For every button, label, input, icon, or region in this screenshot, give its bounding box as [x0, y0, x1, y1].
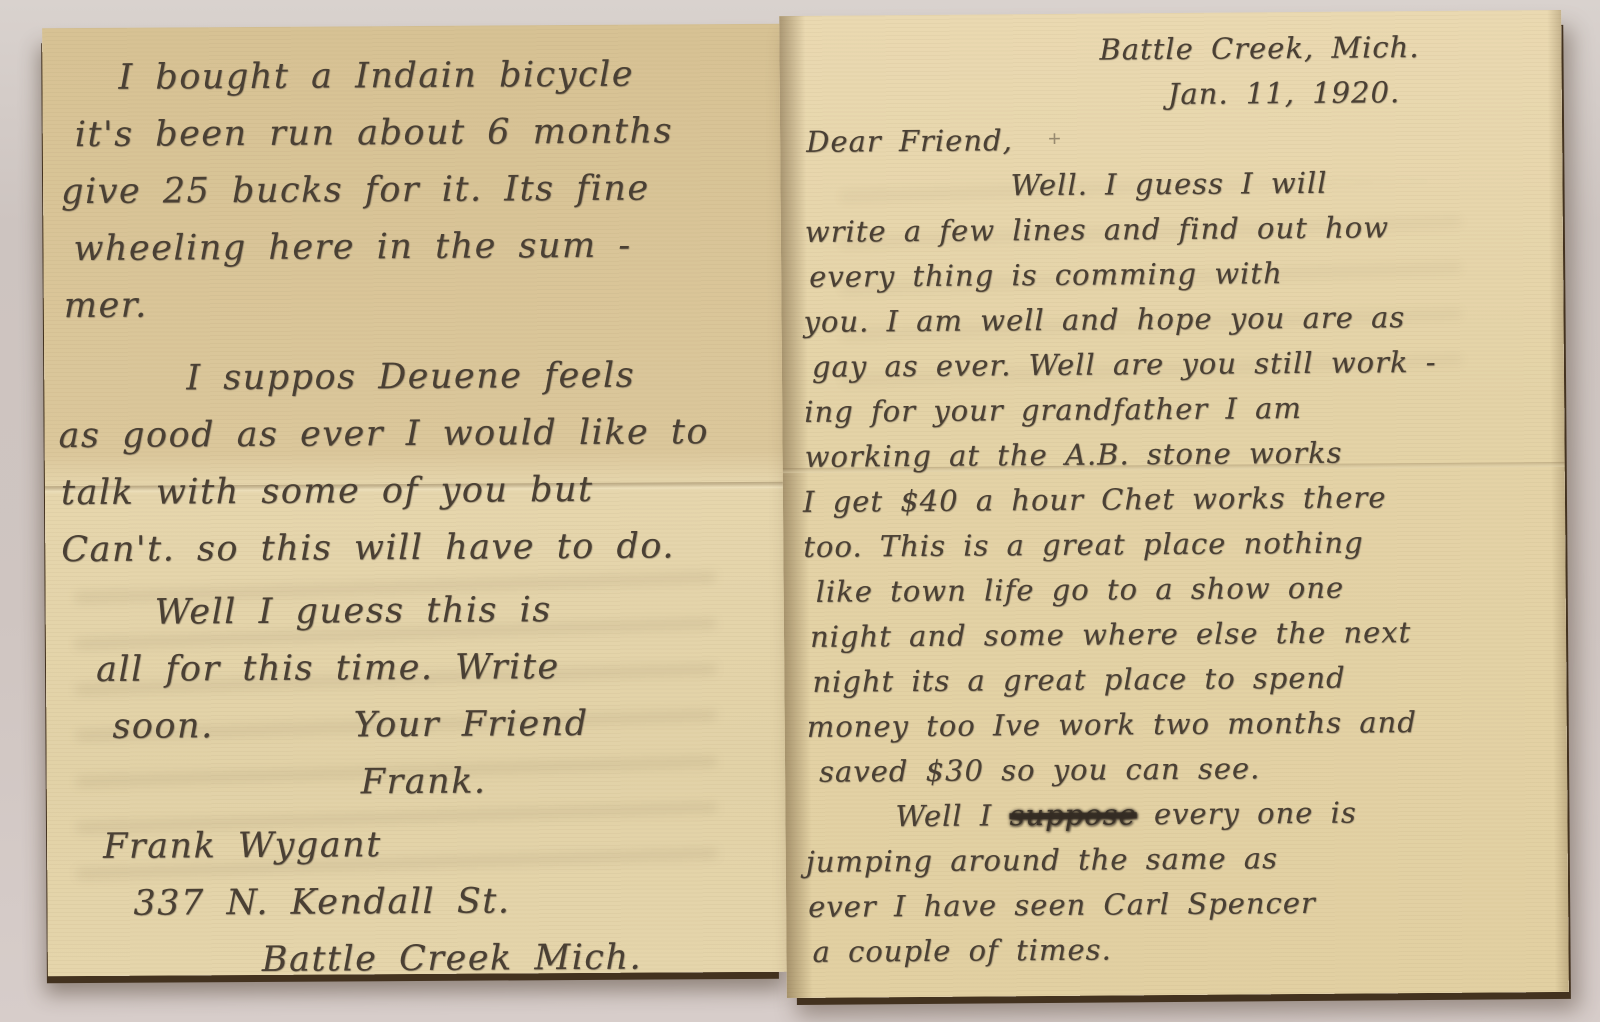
handwritten-line: every thing is comming with	[809, 249, 1555, 300]
dateline-date: Jan. 11, 1920.	[1168, 69, 1554, 117]
handwritten-word: soon.	[112, 698, 214, 756]
handwritten-line: too. This is a great place nothing	[803, 519, 1557, 570]
handwritten-line: I suppos Deuene feels	[186, 347, 774, 408]
handwritten-line: saved $30 so you can see.	[819, 744, 1559, 795]
handwritten-line: night and some where else the next	[810, 609, 1558, 660]
handwritten-line: Well. I guess I will	[1010, 159, 1554, 208]
handwritten-line: you. I am well and hope you are as	[803, 294, 1555, 345]
line-prefix: Well I	[895, 798, 1009, 833]
salutation: Dear Friend,	[806, 114, 1554, 165]
handwritten-line: it's been run about 6 months	[75, 103, 773, 164]
handwritten-line: ing for your grandfather I am	[804, 384, 1556, 435]
left-page: I bought a Indain bicycle it's been run …	[42, 24, 788, 977]
handwritten-line: I get $40 a hour Chet works there	[803, 474, 1557, 525]
handwritten-line: working at the A.B. stone works	[804, 429, 1556, 480]
handwritten-line: like town life go to a show one	[816, 564, 1558, 615]
handwritten-line: Well I guess this is	[155, 581, 776, 642]
handwritten-line-with-strikeout: Well I suppose every one is	[895, 789, 1559, 839]
sender-name: Frank Wygant	[103, 815, 777, 876]
closing-phrase: Your Friend	[353, 696, 588, 754]
handwritten-line: talk with some of you but	[61, 461, 775, 522]
handwritten-line: mer.	[64, 274, 774, 335]
sender-city: Battle Creek Mich.	[262, 929, 778, 976]
handwritten-line: write a few lines and find out how	[805, 204, 1555, 255]
handwritten-line: ever I have seen Carl Spencer	[808, 879, 1560, 930]
handwritten-line: give 25 bucks for it. Its fine	[61, 160, 773, 221]
stray-pencil-mark: +	[1048, 126, 1061, 152]
handwritten-line: night its a great place to spend	[812, 654, 1558, 705]
handwritten-line: a couple of times.	[812, 924, 1560, 975]
handwritten-line: Can't. so this will have to do.	[61, 518, 775, 579]
dateline-place: Battle Creek, Mich.	[1099, 24, 1553, 73]
handwritten-line: jumping around the same as	[806, 834, 1560, 885]
handwritten-line: I bought a Indain bicycle	[118, 46, 772, 107]
right-page-text: Battle Creek, Mich. Jan. 11, 1920. + Dea…	[779, 24, 1568, 975]
handwritten-line: as good as ever I would like to	[58, 404, 774, 465]
handwritten-line: money too Ive work two months and	[807, 699, 1559, 750]
signature: Frank.	[361, 752, 777, 812]
sender-street: 337 N. Kendall St.	[133, 872, 777, 933]
closing-row: soon. Your Friend	[60, 695, 776, 756]
line-suffix: every one is	[1137, 796, 1357, 832]
handwritten-line: gay as ever. Well are you still work -	[812, 339, 1556, 390]
handwritten-line: wheeling here in the sum -	[73, 217, 773, 278]
right-page: Battle Creek, Mich. Jan. 11, 1920. + Dea…	[779, 10, 1569, 998]
left-page-text: I bought a Indain bicycle it's been run …	[42, 46, 788, 977]
struck-out-word: suppose	[1009, 797, 1136, 832]
letter-photo: I bought a Indain bicycle it's been run …	[0, 0, 1600, 1022]
handwritten-line: all for this time. Write	[96, 638, 776, 699]
